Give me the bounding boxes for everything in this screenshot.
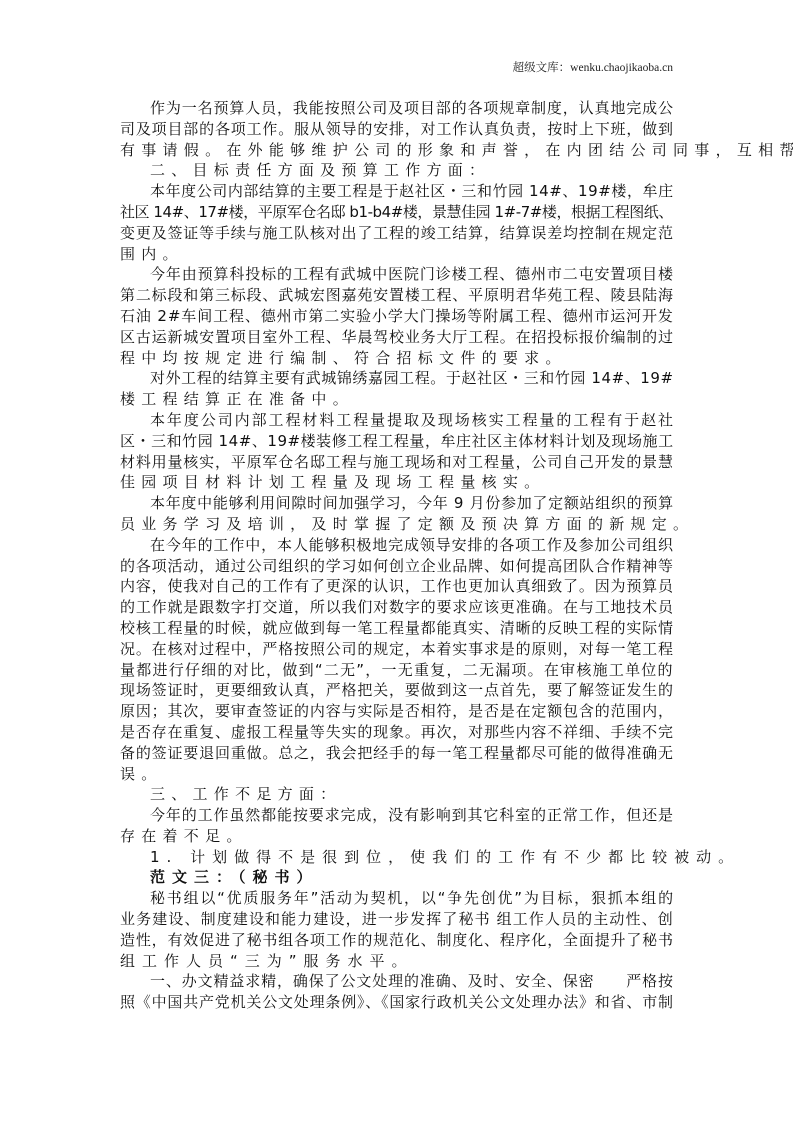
paragraph: 一、办文精益求精，确保了公文处理的准确、及时、安全、保密 严格按照《中国共产党机… bbox=[120, 971, 673, 1013]
section-heading: 范文三：（秘书） bbox=[120, 867, 673, 888]
text-line: 员业务学习及培训，及时掌握了定额及预决算方面的新规定。 bbox=[120, 514, 673, 535]
text-line: 一、办文精益求精，确保了公文处理的准确、及时、安全、保密 严格按 bbox=[120, 971, 673, 992]
text-line: 楼工程结算正在准备中。 bbox=[120, 389, 673, 410]
text-line: 有事请假。在外能够维护公司的形象和声誉，在内团结公司同事，互相帮助。 bbox=[120, 140, 673, 161]
text-line: 是否存在重复、虚报工程量等失实的现象。再次，对那些内容不祥细、手续不完 bbox=[120, 722, 673, 743]
text-line: 备的签证要退回重做。总之，我会把经手的每一笔工程量都尽可能的做得准确无 bbox=[120, 743, 673, 764]
text-line: 的各项活动，通过公司组织的学习如何创立企业品牌、如何提高团队合作精神等 bbox=[120, 556, 673, 577]
text-line: 社区 14#、17#楼，平原军仓名邸 b1-b4#楼，景慧佳园 1#-7#楼，根… bbox=[120, 202, 673, 223]
text-line: 现场签证时，更要细致认真，严格把关，要做到这一点首先，要了解签证发生的 bbox=[120, 680, 673, 701]
paragraph: 二、目标责任方面及预算工作方面： bbox=[120, 160, 673, 181]
text-line: 造性，有效促进了秘书组各项工作的规范化、制度化、程序化，全面提升了秘书 bbox=[120, 930, 673, 951]
text-line: 照《中国共产党机关公文处理条例》、《国家行政机关公文处理办法》和省、市制 bbox=[120, 992, 673, 1013]
text-line: 围内。 bbox=[120, 244, 673, 265]
text-line: 量都进行仔细的对比，做到“二无”，一无重复，二无漏项。在审核施工单位的 bbox=[120, 660, 673, 681]
text-line: 佳园项目材料计划工程量及现场工程量核实。 bbox=[120, 472, 673, 493]
text-line: 况。在核对过程中，严格按照公司的规定，本着实事求是的原则，对每一笔工程 bbox=[120, 639, 673, 660]
text-line: 司及项目部的各项工作。服从领导的安排，对工作认真负责，按时上下班，做到 bbox=[120, 119, 673, 140]
text-line: 石油 2#车间工程、德州市第二实验小学大门操场等附属工程、德州市运河开发 bbox=[120, 306, 673, 327]
text-line: 本年度公司内部结算的主要工程是于赵社区・三和竹园 14#、19#楼，牟庄 bbox=[120, 181, 673, 202]
text-line: 存在着不足。 bbox=[120, 826, 673, 847]
text-line: 今年的工作虽然都能按要求完成，没有影响到其它科室的正常工作，但还是 bbox=[120, 805, 673, 826]
text-line: 程中均按规定进行编制、符合招标文件的要求。 bbox=[120, 348, 673, 369]
text-line: 对外工程的结算主要有武城锦绣嘉园工程。于赵社区・三和竹园 14#、19# bbox=[120, 368, 673, 389]
text-line: 范文三：（秘书） bbox=[120, 867, 673, 888]
paragraph: 对外工程的结算主要有武城锦绣嘉园工程。于赵社区・三和竹园 14#、19#楼工程结… bbox=[120, 368, 673, 410]
paragraph: 在今年的工作中，本人能够积极地完成领导安排的各项工作及参加公司组织的各项活动，通… bbox=[120, 535, 673, 785]
text-line: 的工作就是跟数字打交道，所以我们对数字的要求应该更准确。在与工地技术员 bbox=[120, 597, 673, 618]
text-line: 作为一名预算人员，我能按照公司及项目部的各项规章制度，认真地完成公 bbox=[120, 98, 673, 119]
paragraph: 作为一名预算人员，我能按照公司及项目部的各项规章制度，认真地完成公司及项目部的各… bbox=[120, 98, 673, 160]
text-line: 材料用量核实，平原军仓名邸工程与施工现场和对工程量，公司自己开发的景慧 bbox=[120, 452, 673, 473]
paragraph: 今年的工作虽然都能按要求完成，没有影响到其它科室的正常工作，但还是存在着不足。 bbox=[120, 805, 673, 847]
text-line: 1. 计划做得不是很到位，使我们的工作有不少都比较被动。 bbox=[120, 847, 673, 868]
text-line: 区・三和竹园 14#、19#楼装修工程工程量，牟庄社区主体材料计划及现场施工 bbox=[120, 431, 673, 452]
text-line: 业务建设、制度建设和能力建设，进一步发挥了秘书 组工作人员的主动性、创 bbox=[120, 909, 673, 930]
text-line: 组工作人员“三为”服务水平。 bbox=[120, 951, 673, 972]
text-line: 二、目标责任方面及预算工作方面： bbox=[120, 160, 673, 181]
text-line: 误。 bbox=[120, 764, 673, 785]
paragraph: 1. 计划做得不是很到位，使我们的工作有不少都比较被动。 bbox=[120, 847, 673, 868]
paragraph: 本年度公司内部结算的主要工程是于赵社区・三和竹园 14#、19#楼，牟庄社区 1… bbox=[120, 181, 673, 264]
text-line: 三、工作不足方面： bbox=[120, 784, 673, 805]
text-line: 本年度中能够利用间隙时间加强学习，今年 9 月份参加了定额站组织的预算 bbox=[120, 493, 673, 514]
paragraph: 三、工作不足方面： bbox=[120, 784, 673, 805]
text-line: 校核工程量的时候，就应做到每一笔工程量都能真实、清晰的反映工程的实际情 bbox=[120, 618, 673, 639]
text-line: 秘书组以“优质服务年”活动为契机，以“争先创优”为目标，狠抓本组的 bbox=[120, 888, 673, 909]
page-header-site: 超级文库：wenku.chaojikaoba.cn bbox=[513, 59, 673, 75]
paragraph: 本年度公司内部工程材料工程量提取及现场核实工程量的工程有于赵社区・三和竹园 14… bbox=[120, 410, 673, 493]
document-page: 超级文库：wenku.chaojikaoba.cn 作为一名预算人员，我能按照公… bbox=[0, 0, 793, 1122]
text-line: 区古运新城安置项目室外工程、华晨驾校业务大厅工程。在招投标报价编制的过 bbox=[120, 327, 673, 348]
text-line: 变更及签证等手续与施工队核对出了工程的竣工结算，结算误差均控制在规定范 bbox=[120, 223, 673, 244]
paragraph: 今年由预算科投标的工程有武城中医院门诊楼工程、德州市二屯安置项目楼第二标段和第三… bbox=[120, 264, 673, 368]
text-line: 原因；其次，要审查签证的内容与实际是否相符，是否是在定额包含的范围内， bbox=[120, 701, 673, 722]
document-body: 作为一名预算人员，我能按照公司及项目部的各项规章制度，认真地完成公司及项目部的各… bbox=[120, 98, 673, 1013]
text-line: 内容，使我对自己的工作有了更深的认识，工作也更加认真细致了。因为预算员 bbox=[120, 576, 673, 597]
paragraph: 本年度中能够利用间隙时间加强学习，今年 9 月份参加了定额站组织的预算员业务学习… bbox=[120, 493, 673, 535]
text-line: 本年度公司内部工程材料工程量提取及现场核实工程量的工程有于赵社 bbox=[120, 410, 673, 431]
text-line: 今年由预算科投标的工程有武城中医院门诊楼工程、德州市二屯安置项目楼 bbox=[120, 264, 673, 285]
text-line: 在今年的工作中，本人能够积极地完成领导安排的各项工作及参加公司组织 bbox=[120, 535, 673, 556]
paragraph: 秘书组以“优质服务年”活动为契机，以“争先创优”为目标，狠抓本组的业务建设、制度… bbox=[120, 888, 673, 971]
text-line: 第二标段和第三标段、武城宏图嘉苑安置楼工程、平原明君华苑工程、陵县陆海 bbox=[120, 285, 673, 306]
